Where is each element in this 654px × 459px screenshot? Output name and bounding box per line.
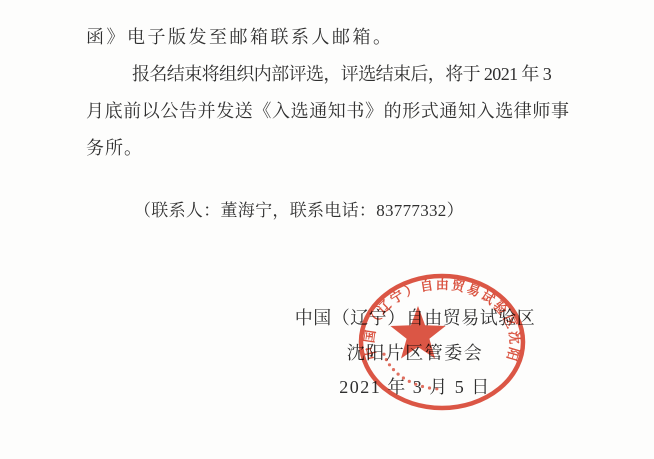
signature-block: 中国（辽宁）自由贸易试验区 沈阳片区管委会 2021 年 3 月 5 日 [280,301,550,405]
body-text: 函》电子版发至邮箱联系人邮箱。 报名结束将组织内部评选，评选结束后，将于 202… [86,19,572,167]
body-line-4: 务所。 [86,130,572,167]
body-line-1: 函》电子版发至邮箱联系人邮箱。 [86,19,572,56]
body-line-3: 月底前以公告并发送《入选通知书》的形式通知入选律师事 [86,93,572,130]
signature-org-line-2: 沈阳片区管委会 [280,336,550,371]
signature-date-line: 2021 年 3 月 5 日 [280,370,550,405]
signature-org-line-1: 中国（辽宁）自由贸易试验区 [280,301,550,336]
contact-line: （联系人：董海宁，联系电话：83777332） [134,196,464,221]
body-line-2: 报名结束将组织内部评选，评选结束后，将于 2021 年 3 [86,56,572,93]
